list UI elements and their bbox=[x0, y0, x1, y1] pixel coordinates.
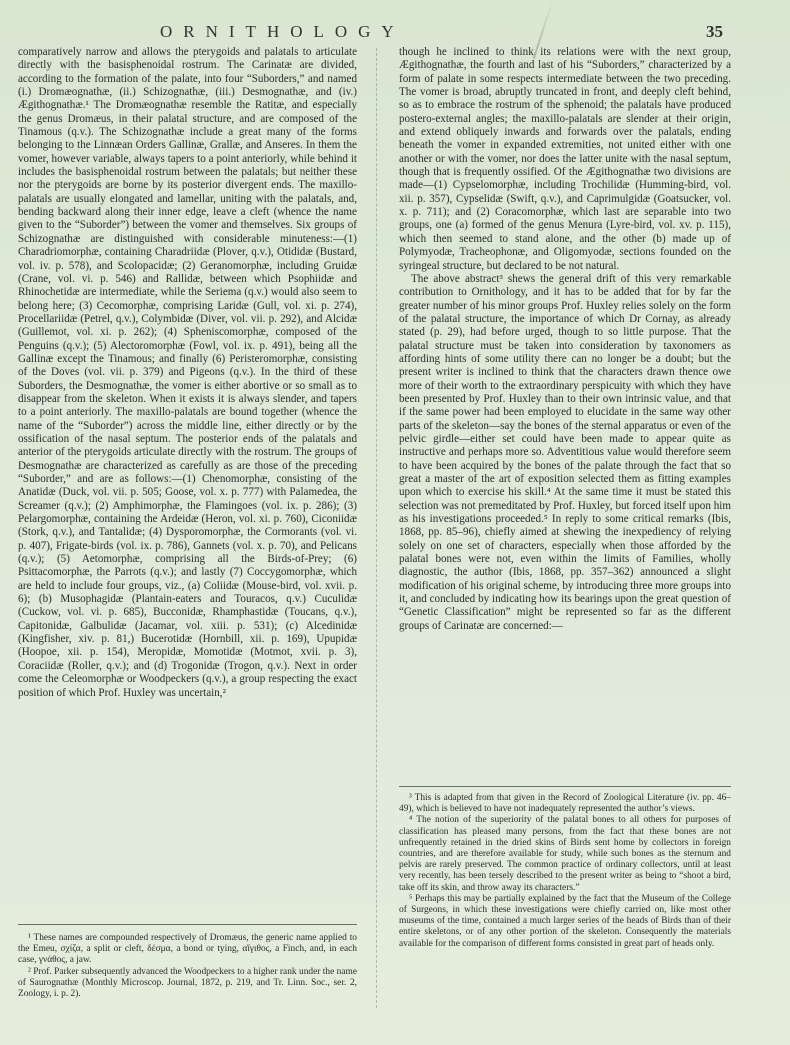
footnote-rule-left bbox=[18, 924, 357, 925]
footnote-2: ² Prof. Parker subsequently advanced the… bbox=[18, 967, 357, 1001]
left-column-paragraph: comparatively narrow and allows the pter… bbox=[18, 46, 357, 700]
running-head: ORNITHOLOGY bbox=[160, 22, 405, 42]
left-column: comparatively narrow and allows the pter… bbox=[18, 46, 357, 700]
footnote-5: ⁵ Perhaps this may be partially explaine… bbox=[399, 894, 731, 950]
right-column-paragraph-1: though he inclined to think its relation… bbox=[399, 46, 731, 273]
footnote-4: ⁴ The notion of the superiority of the p… bbox=[399, 815, 731, 893]
footnote-1: ¹ These names are compounded respectivel… bbox=[18, 933, 357, 967]
page-header: ORNITHOLOGY 35 bbox=[12, 18, 782, 48]
footnote-3: ³ This is adapted from that given in the… bbox=[399, 793, 731, 815]
right-column: though he inclined to think its relation… bbox=[399, 46, 731, 633]
document-page: ORNITHOLOGY 35 comparatively narrow and … bbox=[12, 0, 782, 1045]
footnotes-right: ³ This is adapted from that given in the… bbox=[399, 793, 731, 950]
footnotes-left: ¹ These names are compounded respectivel… bbox=[18, 933, 357, 1000]
footnote-rule-right bbox=[399, 786, 731, 787]
page-number: 35 bbox=[706, 22, 723, 42]
column-divider bbox=[376, 48, 378, 1008]
right-column-paragraph-2: The above abstract³ shews the general dr… bbox=[399, 273, 731, 633]
